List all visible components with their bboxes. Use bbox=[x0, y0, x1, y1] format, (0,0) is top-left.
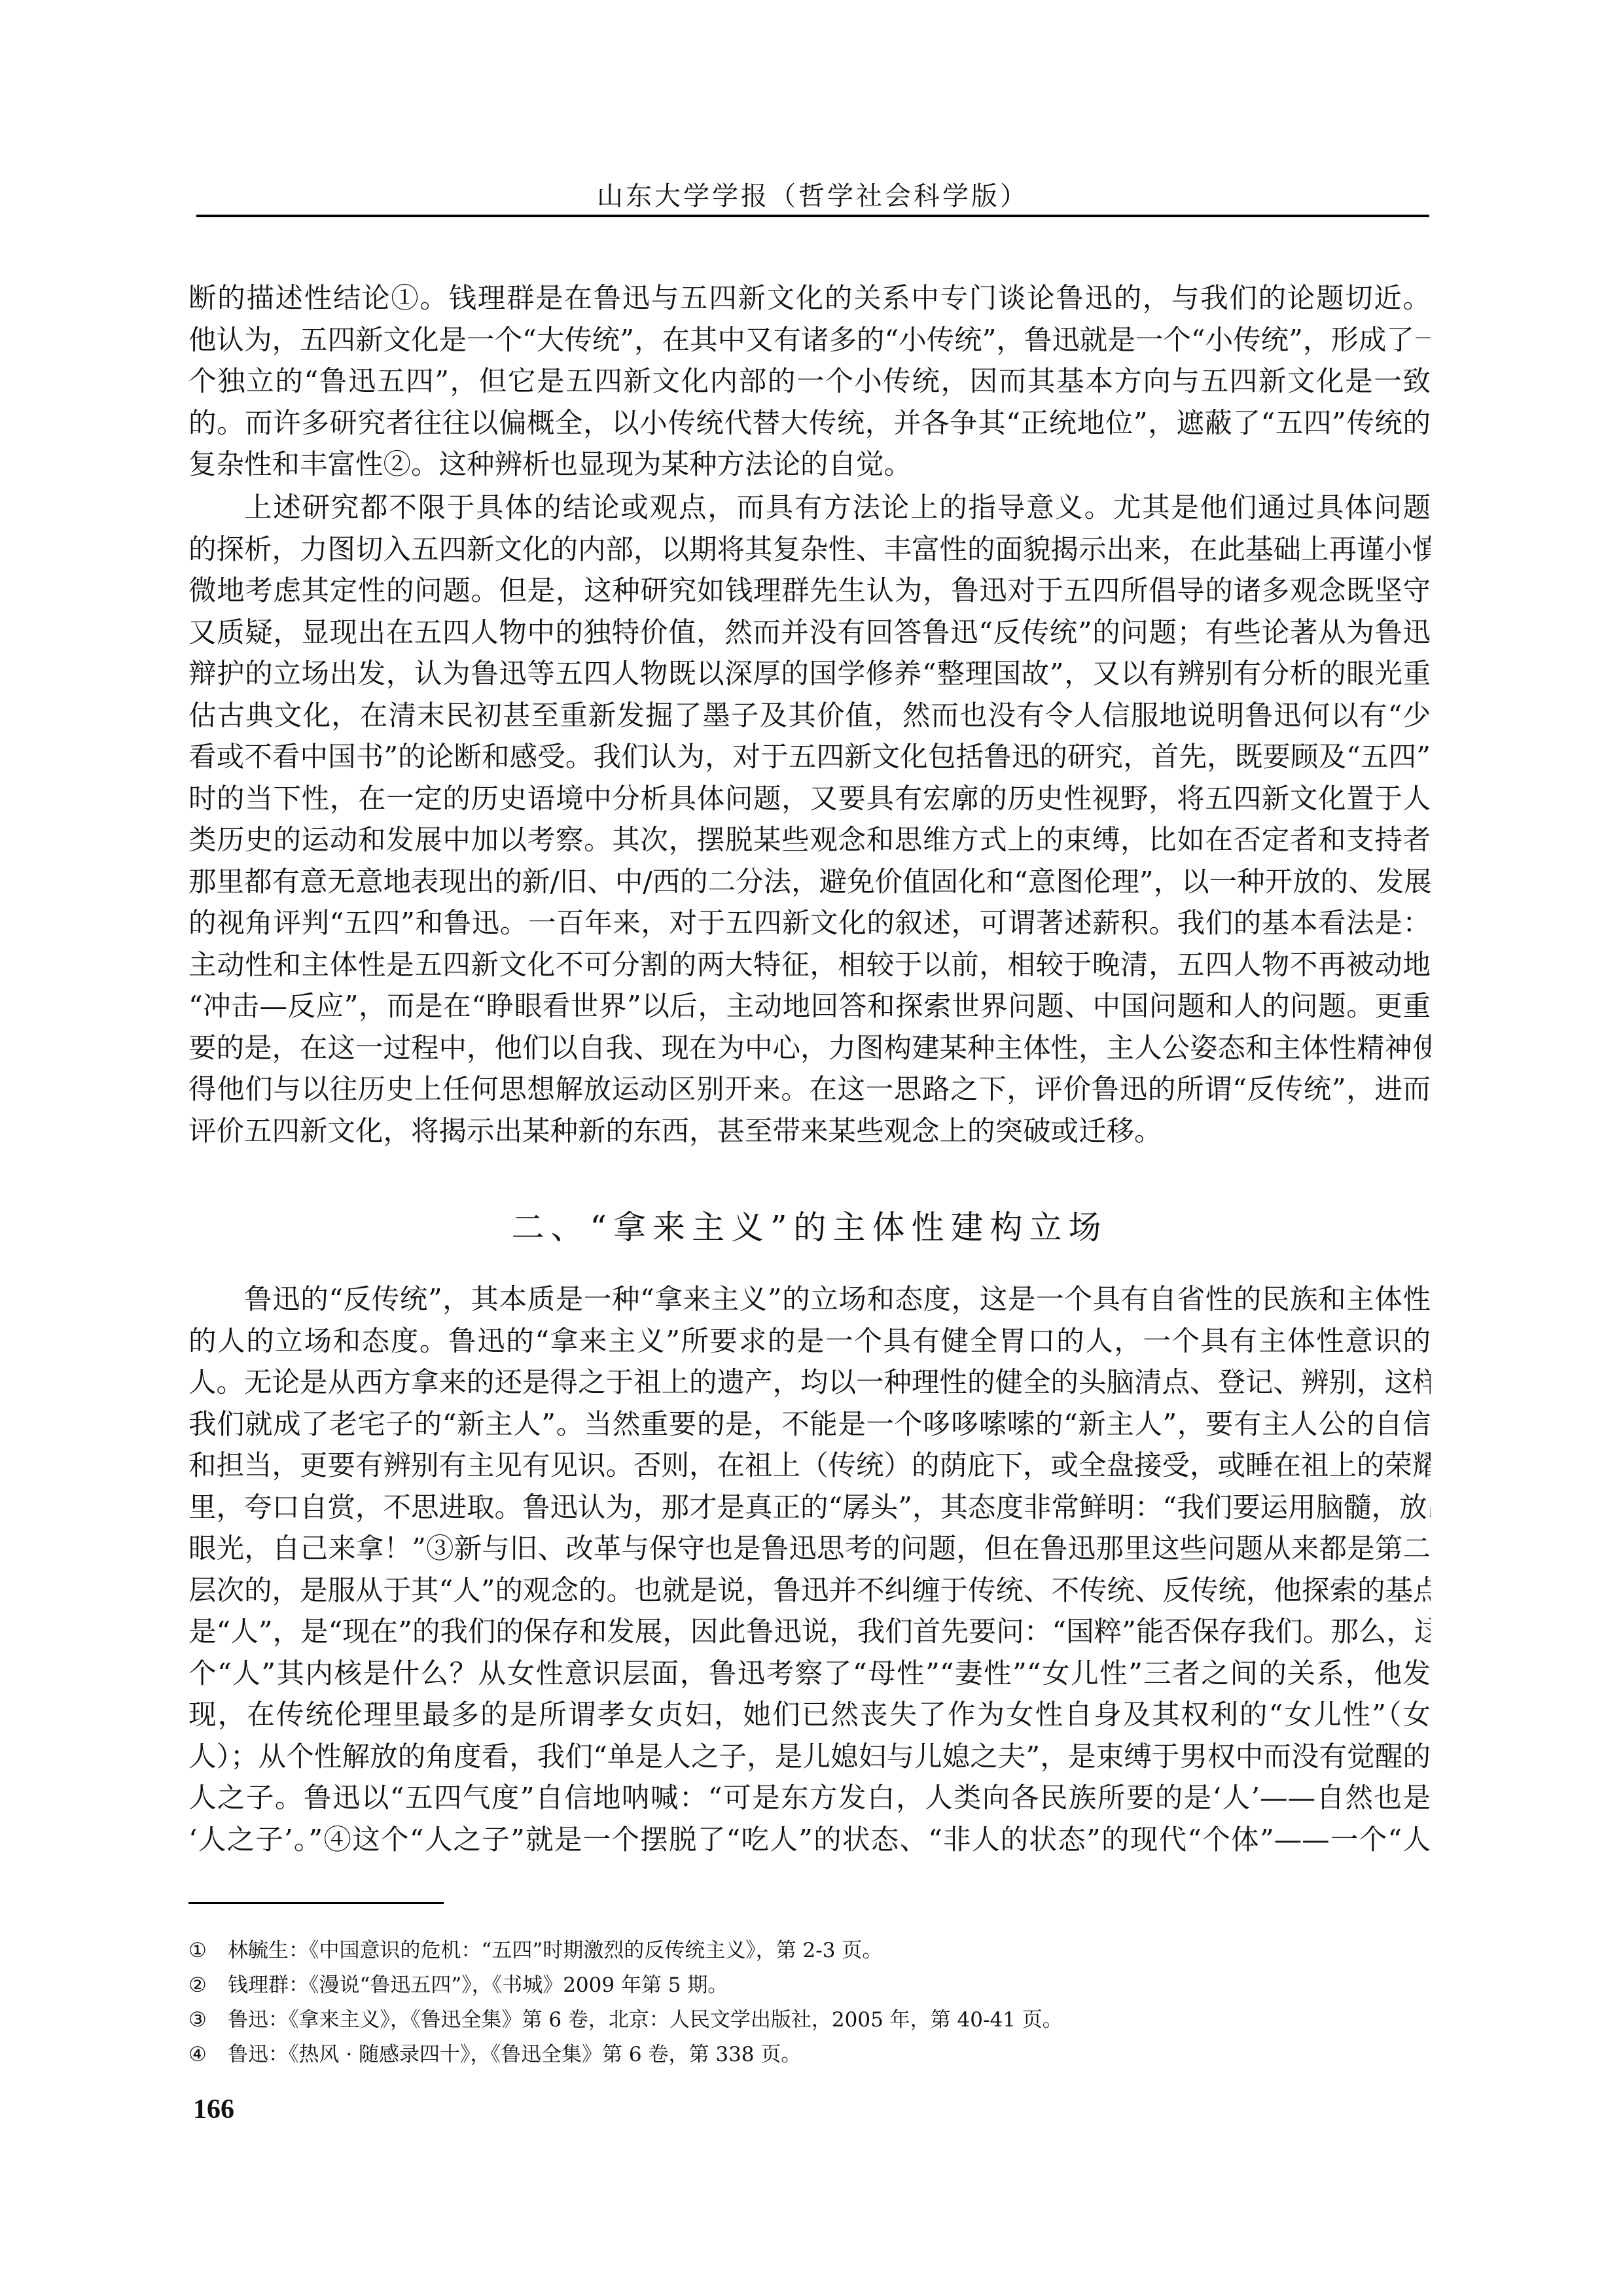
text-line: 眼光，自己来拿！”③新与旧、改革与保守也是鲁迅思考的问题，但在鲁迅那里这些问题从… bbox=[188, 1528, 1431, 1570]
text-line: 层次的，是服从于其“人”的观念的。也就是说，鲁迅并不纠缠于传统、不传统、反传统，… bbox=[188, 1570, 1431, 1612]
section-heading: 二、“拿来主义”的主体性建构立场 bbox=[188, 1201, 1431, 1254]
text-line: 类历史的运动和发展中加以考察。其次，摆脱某些观念和思维方式上的束缚，比如在否定者… bbox=[188, 820, 1431, 862]
text-line: 要的是，在这一过程中，他们以自我、现在为中心，力图构建某种主体性，主人公姿态和主… bbox=[188, 1028, 1431, 1070]
footnote-text: 鲁迅：《拿来主义》，《鲁迅全集》第 6 卷，北京：人民文学出版社，2005 年，… bbox=[228, 2003, 1063, 2038]
text-line: 评价五四新文化，将揭示出某种新的东西，甚至带来某些观念上的突破或迁移。 bbox=[188, 1111, 1431, 1153]
footnote-text: 林毓生：《中国意识的危机：“五四”时期激烈的反传统主义》，第 2-3 页。 bbox=[228, 1934, 882, 1968]
header-rule bbox=[196, 215, 1429, 217]
text-line: 辩护的立场出发，认为鲁迅等五四人物既以深厚的国学修养“整理国故”，又以有辨别有分… bbox=[188, 654, 1431, 696]
text-line: 里，夸口自赏，不思进取。鲁迅认为，那才是真正的“孱头”，其态度非常鲜明：“我们要… bbox=[188, 1487, 1431, 1529]
text-line: 的人的立场和态度。鲁迅的“拿来主义”所要求的是一个具有健全胃口的人，一个具有主体… bbox=[188, 1321, 1431, 1363]
footnote-mark: ② bbox=[188, 1968, 228, 2003]
footnote-item: ④ 鲁迅：《热风 · 随感录四十》，《鲁迅全集》第 6 卷，第 338 页。 bbox=[188, 2038, 1431, 2072]
text-line: 他认为，五四新文化是一个“大传统”，在其中又有诸多的“小传统”，鲁迅就是一个“小… bbox=[188, 320, 1431, 362]
footnote-text: 钱理群：《漫说“鲁迅五四”》，《书城》2009 年第 5 期。 bbox=[228, 1968, 728, 2003]
text-line: 人）；从个性解放的角度看，我们“单是人之子，是儿媳妇与儿媳之夫”，是束缚于男权中… bbox=[188, 1737, 1431, 1778]
text-line: 人。无论是从西方拿来的还是得之于祖上的遗产，均以一种理性的健全的头脑清点、登记、… bbox=[188, 1362, 1431, 1404]
footnote-text: 鲁迅：《热风 · 随感录四十》，《鲁迅全集》第 6 卷，第 338 页。 bbox=[228, 2038, 801, 2072]
text-line: 时的当下性，在一定的历史语境中分析具体问题，又要具有宏廓的历史性视野，将五四新文… bbox=[188, 779, 1431, 821]
paragraph-methodology: 上述研究都不限于具体的结论或观点，而具有方法论上的指导意义。尤其是他们通过具体问… bbox=[188, 487, 1431, 1152]
paragraph-continuation: 断的描述性结论①。钱理群是在鲁迅与五四新文化的关系中专门谈论鲁迅的，与我们的论题… bbox=[188, 278, 1431, 486]
text-line: 得他们与以往历史上任何思想解放运动区别开来。在这一思路之下，评价鲁迅的所谓“反传… bbox=[188, 1069, 1431, 1111]
text-line: 是“人”，是“现在”的我们的保存和发展，因此鲁迅说，我们首先要问：“国粹”能否保… bbox=[188, 1612, 1431, 1653]
text-line: ‘人之子’。”④这个“人之子”就是一个摆脱了“吃人”的状态、“非人的状态”的现代… bbox=[188, 1820, 1431, 1862]
text-line: 我们就成了老宅子的“新主人”。当然重要的是，不能是一个哆哆嗦嗦的“新主人”，要有… bbox=[188, 1404, 1431, 1446]
paragraph-nalai-zhuyi: 鲁迅的“反传统”，其本质是一种“拿来主义”的立场和态度，这是一个具有自省性的民族… bbox=[188, 1279, 1431, 1861]
text-line: 人之子。鲁迅以“五四气度”自信地呐喊：“可是东方发白，人类向各民族所要的是‘人’… bbox=[188, 1778, 1431, 1820]
page-number: 166 bbox=[193, 2094, 234, 2125]
text-line: 断的描述性结论①。钱理群是在鲁迅与五四新文化的关系中专门谈论鲁迅的，与我们的论题… bbox=[188, 278, 1431, 320]
text-line: “冲击—反应”，而是在“睁眼看世界”以后，主动地回答和探索世界问题、中国问题和人… bbox=[188, 986, 1431, 1028]
footnote-item: ② 钱理群：《漫说“鲁迅五四”》，《书城》2009 年第 5 期。 bbox=[188, 1968, 1431, 2003]
text-line: 的。而许多研究者往往以偏概全，以小传统代替大传统，并各争其“正统地位”，遮蔽了“… bbox=[188, 403, 1431, 445]
text-line: 那里都有意无意地表现出的新/旧、中/西的二分法，避免价值固化和“意图伦理”，以一… bbox=[188, 862, 1431, 904]
text-line: 和担当，更要有辨别有主见有见识。否则，在祖上（传统）的荫庇下，或全盘接受，或睡在… bbox=[188, 1445, 1431, 1487]
text-line: 复杂性和丰富性②。这种辨析也显现为某种方法论的自觉。 bbox=[188, 444, 1431, 486]
footnote-mark: ① bbox=[188, 1934, 228, 1968]
text-line: 个独立的“鲁迅五四”，但它是五四新文化内部的一个小传统，因而其基本方向与五四新文… bbox=[188, 361, 1431, 403]
text-line: 又质疑，显现出在五四人物中的独特价值，然而并没有回答鲁迅“反传统”的问题；有些论… bbox=[188, 612, 1431, 654]
text-line: 鲁迅的“反传统”，其本质是一种“拿来主义”的立场和态度，这是一个具有自省性的民族… bbox=[188, 1279, 1431, 1321]
text-line: 上述研究都不限于具体的结论或观点，而具有方法论上的指导意义。尤其是他们通过具体问… bbox=[188, 487, 1431, 529]
text-line: 的视角评判“五四”和鲁迅。一百年来，对于五四新文化的叙述，可谓著述薪积。我们的基… bbox=[188, 903, 1431, 945]
running-head-journal-title: 山东大学学报（哲学社会科学版） bbox=[196, 177, 1429, 216]
footnote-item: ③ 鲁迅：《拿来主义》，《鲁迅全集》第 6 卷，北京：人民文学出版社，2005 … bbox=[188, 2003, 1431, 2038]
text-line: 看或不看中国书”的论断和感受。我们认为，对于五四新文化包括鲁迅的研究，首先，既要… bbox=[188, 737, 1431, 779]
text-line: 的探析，力图切入五四新文化的内部，以期将其复杂性、丰富性的面貌揭示出来，在此基础… bbox=[188, 529, 1431, 571]
footnote-item: ① 林毓生：《中国意识的危机：“五四”时期激烈的反传统主义》，第 2-3 页。 bbox=[188, 1934, 1431, 1968]
text-line: 微地考虑其定性的问题。但是，这种研究如钱理群先生认为，鲁迅对于五四所倡导的诸多观… bbox=[188, 571, 1431, 612]
footnote-separator bbox=[188, 1902, 444, 1904]
text-line: 个“人”其内核是什么？从女性意识层面，鲁迅考察了“母性”“妻性”“女儿性”三者之… bbox=[188, 1653, 1431, 1695]
text-line: 主动性和主体性是五四新文化不可分割的两大特征，相较于以前，相较于晚清，五四人物不… bbox=[188, 945, 1431, 987]
text-line: 现，在传统伦理里最多的是所谓孝女贞妇，她们已然丧失了作为女性自身及其权利的“女儿… bbox=[188, 1695, 1431, 1737]
footnote-mark: ④ bbox=[188, 2038, 228, 2072]
text-line: 估古典文化，在清末民初甚至重新发掘了墨子及其价值，然而也没有令人信服地说明鲁迅何… bbox=[188, 696, 1431, 737]
footnotes: ① 林毓生：《中国意识的危机：“五四”时期激烈的反传统主义》，第 2-3 页。 … bbox=[188, 1934, 1431, 2072]
footnote-mark: ③ bbox=[188, 2003, 228, 2038]
